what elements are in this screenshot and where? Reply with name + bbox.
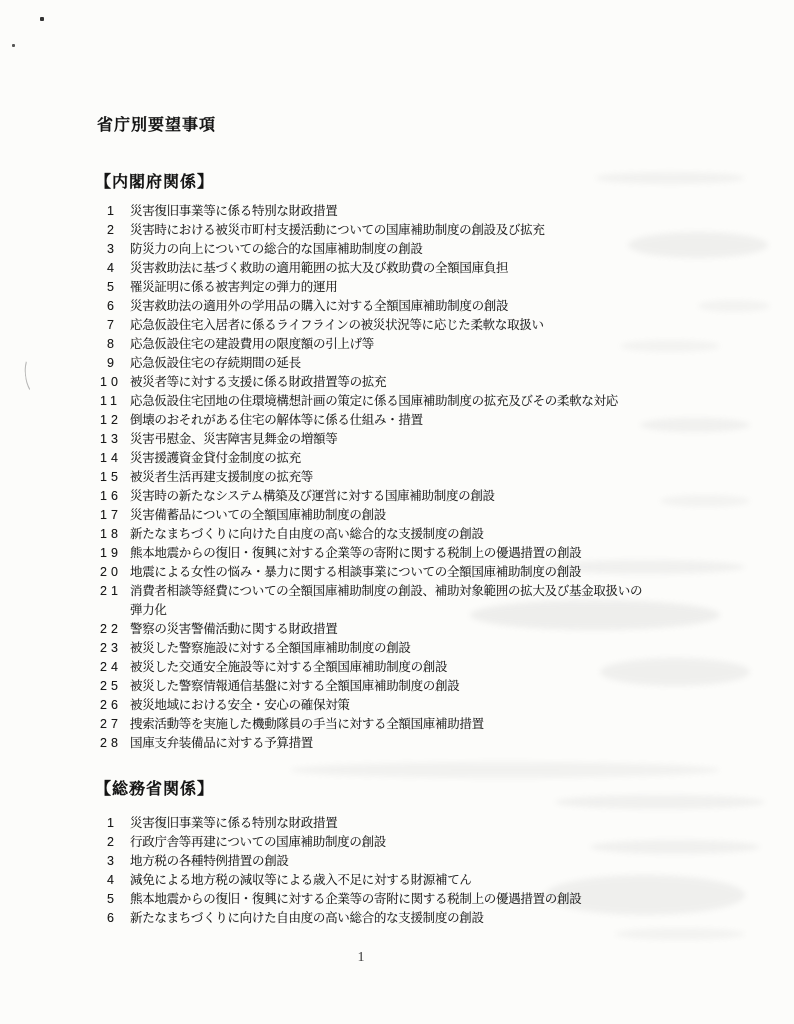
item-text: 被災者等に対する支援に係る財政措置等の拡充: [130, 373, 794, 392]
request-item: 16災害時の新たなシステム構築及び運営に対する国庫補助制度の創設: [0, 487, 794, 506]
item-number: 6: [100, 909, 130, 928]
scanned-document-page: 省庁別要望事項 【内閣府関係】 1災害復旧事業等に係る特別な財政措置2災害時にお…: [0, 0, 794, 1024]
request-item: 26被災地域における安全・安心の確保対策: [0, 696, 794, 715]
item-number: 8: [100, 335, 130, 354]
request-item: 15被災者生活再建支援制度の拡充等: [0, 468, 794, 487]
item-text: 災害復旧事業等に係る特別な財政措置: [130, 814, 794, 833]
item-number: 3: [100, 240, 130, 259]
item-text: 災害時における被災市町村支援活動についての国庫補助制度の創設及び拡充: [130, 221, 794, 240]
request-item: 4災害救助法に基づく救助の適用範囲の拡大及び救助費の全額国庫負担: [0, 259, 794, 278]
item-number: 5: [100, 890, 130, 909]
item-number: 7: [100, 316, 130, 335]
document-title: 省庁別要望事項: [97, 112, 216, 135]
request-item: 2行政庁舎等再建についての国庫補助制度の創設: [0, 833, 794, 852]
item-number: 18: [100, 525, 130, 544]
item-text: 消費者相談等経費についての全額国庫補助制度の創設、補助対象範囲の拡大及び基金取扱…: [130, 582, 794, 620]
item-text: 熊本地震からの復旧・復興に対する企業等の寄附に関する税制上の優遇措置の創設: [130, 544, 794, 563]
request-item: 6新たなまちづくりに向けた自由度の高い総合的な支援制度の創設: [0, 909, 794, 928]
scan-speck: [40, 17, 44, 21]
request-item: 20地震による女性の悩み・暴力に関する相談事業についての全額国庫補助制度の創設: [0, 563, 794, 582]
item-number: 1: [100, 202, 130, 221]
request-item: 5罹災証明に係る被害判定の弾力的運用: [0, 278, 794, 297]
request-list-ministry-internal-affairs: 1災害復旧事業等に係る特別な財政措置2行政庁舎等再建についての国庫補助制度の創設…: [0, 814, 794, 928]
item-text: 地方税の各種特例措置の創設: [130, 852, 794, 871]
section-ministry-internal-affairs: 【総務省関係】 1災害復旧事業等に係る特別な財政措置2行政庁舎等再建についての国…: [0, 779, 794, 928]
item-number: 20: [100, 563, 130, 582]
item-number: 15: [100, 468, 130, 487]
item-number: 6: [100, 297, 130, 316]
request-item: 18新たなまちづくりに向けた自由度の高い総合的な支援制度の創設: [0, 525, 794, 544]
item-text: 警察の災害警備活動に関する財政措置: [130, 620, 794, 639]
item-text: 罹災証明に係る被害判定の弾力的運用: [130, 278, 794, 297]
request-item: 19熊本地震からの復旧・復興に対する企業等の寄附に関する税制上の優遇措置の創設: [0, 544, 794, 563]
item-number: 19: [100, 544, 130, 563]
item-number: 22: [100, 620, 130, 639]
request-item: 28国庫支弁装備品に対する予算措置: [0, 734, 794, 753]
item-text: 応急仮設住宅の建設費用の限度額の引上げ等: [130, 335, 794, 354]
page-number: 1: [346, 950, 376, 966]
request-item: 13災害弔慰金、災害障害見舞金の増額等: [0, 430, 794, 449]
item-text: 防災力の向上についての総合的な国庫補助制度の創設: [130, 240, 794, 259]
item-number: 10: [100, 373, 130, 392]
item-text: 応急仮設住宅団地の住環境構想計画の策定に係る国庫補助制度の拡充及びその柔軟な対応: [130, 392, 794, 411]
item-text: 応急仮設住宅の存続期間の延長: [130, 354, 794, 373]
item-number: 17: [100, 506, 130, 525]
item-number: 11: [100, 392, 130, 411]
request-item: 2災害時における被災市町村支援活動についての国庫補助制度の創設及び拡充: [0, 221, 794, 240]
item-number: 14: [100, 449, 130, 468]
item-number: 21: [100, 582, 130, 601]
item-number: 27: [100, 715, 130, 734]
item-text: 被災した交通安全施設等に対する全額国庫補助制度の創設: [130, 658, 794, 677]
item-text: 被災した警察施設に対する全額国庫補助制度の創設: [130, 639, 794, 658]
section-heading-ministry-internal-affairs: 【総務省関係】: [95, 779, 794, 800]
item-text: 災害備蓄品についての全額国庫補助制度の創設: [130, 506, 794, 525]
item-text: 国庫支弁装備品に対する予算措置: [130, 734, 794, 753]
item-text: 新たなまちづくりに向けた自由度の高い総合的な支援制度の創設: [130, 525, 794, 544]
request-item: 17災害備蓄品についての全額国庫補助制度の創設: [0, 506, 794, 525]
request-item: 12倒壊のおそれがある住宅の解体等に係る仕組み・措置: [0, 411, 794, 430]
item-text: 応急仮設住宅入居者に係るライフラインの被災状況等に応じた柔軟な取扱い: [130, 316, 794, 335]
request-item: 10被災者等に対する支援に係る財政措置等の拡充: [0, 373, 794, 392]
item-number: 9: [100, 354, 130, 373]
item-number: 4: [100, 871, 130, 890]
item-text: 捜索活動等を実施した機動隊員の手当に対する全額国庫補助措置: [130, 715, 794, 734]
request-list-cabinet-office: 1災害復旧事業等に係る特別な財政措置2災害時における被災市町村支援活動についての…: [0, 202, 794, 753]
request-item: 5熊本地震からの復旧・復興に対する企業等の寄附に関する税制上の優遇措置の創設: [0, 890, 794, 909]
request-item: 1災害復旧事業等に係る特別な財政措置: [0, 202, 794, 221]
section-heading-cabinet-office: 【内閣府関係】: [95, 172, 794, 193]
request-item: 14災害援護資金貸付金制度の拡充: [0, 449, 794, 468]
item-text: 災害救助法の適用外の学用品の購入に対する全額国庫補助制度の創設: [130, 297, 794, 316]
item-text: 地震による女性の悩み・暴力に関する相談事業についての全額国庫補助制度の創設: [130, 563, 794, 582]
scan-speck: [12, 44, 15, 47]
item-text: 熊本地震からの復旧・復興に対する企業等の寄附に関する税制上の優遇措置の創設: [130, 890, 794, 909]
item-number: 28: [100, 734, 130, 753]
request-item: 4減免による地方税の減収等による歳入不足に対する財源補てん: [0, 871, 794, 890]
request-item: 25被災した警察情報通信基盤に対する全額国庫補助制度の創設: [0, 677, 794, 696]
item-text: 被災者生活再建支援制度の拡充等: [130, 468, 794, 487]
item-text: 減免による地方税の減収等による歳入不足に対する財源補てん: [130, 871, 794, 890]
item-text: 災害救助法に基づく救助の適用範囲の拡大及び救助費の全額国庫負担: [130, 259, 794, 278]
scan-bleed-smudge: [615, 928, 745, 940]
request-item: 24被災した交通安全施設等に対する全額国庫補助制度の創設: [0, 658, 794, 677]
request-item: 27捜索活動等を実施した機動隊員の手当に対する全額国庫補助措置: [0, 715, 794, 734]
item-text: 災害援護資金貸付金制度の拡充: [130, 449, 794, 468]
request-item: 3防災力の向上についての総合的な国庫補助制度の創設: [0, 240, 794, 259]
request-item: 6災害救助法の適用外の学用品の購入に対する全額国庫補助制度の創設: [0, 297, 794, 316]
item-number: 2: [100, 833, 130, 852]
scan-bleed-smudge: [290, 762, 720, 778]
item-number: 13: [100, 430, 130, 449]
item-number: 26: [100, 696, 130, 715]
section-cabinet-office: 【内閣府関係】 1災害復旧事業等に係る特別な財政措置2災害時における被災市町村支…: [0, 172, 794, 753]
request-item: 23被災した警察施設に対する全額国庫補助制度の創設: [0, 639, 794, 658]
item-number: 16: [100, 487, 130, 506]
item-number: 12: [100, 411, 130, 430]
item-number: 2: [100, 221, 130, 240]
request-item: 21消費者相談等経費についての全額国庫補助制度の創設、補助対象範囲の拡大及び基金…: [0, 582, 794, 620]
item-number: 24: [100, 658, 130, 677]
item-text: 被災地域における安全・安心の確保対策: [130, 696, 794, 715]
request-item: 22警察の災害警備活動に関する財政措置: [0, 620, 794, 639]
item-text: 災害復旧事業等に係る特別な財政措置: [130, 202, 794, 221]
request-item: 3地方税の各種特例措置の創設: [0, 852, 794, 871]
item-text: 被災した警察情報通信基盤に対する全額国庫補助制度の創設: [130, 677, 794, 696]
item-number: 25: [100, 677, 130, 696]
request-item: 9応急仮設住宅の存続期間の延長: [0, 354, 794, 373]
item-number: 23: [100, 639, 130, 658]
request-item: 8応急仮設住宅の建設費用の限度額の引上げ等: [0, 335, 794, 354]
item-text: 新たなまちづくりに向けた自由度の高い総合的な支援制度の創設: [130, 909, 794, 928]
item-number: 4: [100, 259, 130, 278]
item-number: 5: [100, 278, 130, 297]
request-item: 11応急仮設住宅団地の住環境構想計画の策定に係る国庫補助制度の拡充及びその柔軟な…: [0, 392, 794, 411]
item-text: 倒壊のおそれがある住宅の解体等に係る仕組み・措置: [130, 411, 794, 430]
item-number: 1: [100, 814, 130, 833]
request-item: 1災害復旧事業等に係る特別な財政措置: [0, 814, 794, 833]
item-text: 行政庁舎等再建についての国庫補助制度の創設: [130, 833, 794, 852]
item-text: 災害時の新たなシステム構築及び運営に対する国庫補助制度の創設: [130, 487, 794, 506]
item-text: 災害弔慰金、災害障害見舞金の増額等: [130, 430, 794, 449]
item-number: 3: [100, 852, 130, 871]
request-item: 7応急仮設住宅入居者に係るライフラインの被災状況等に応じた柔軟な取扱い: [0, 316, 794, 335]
